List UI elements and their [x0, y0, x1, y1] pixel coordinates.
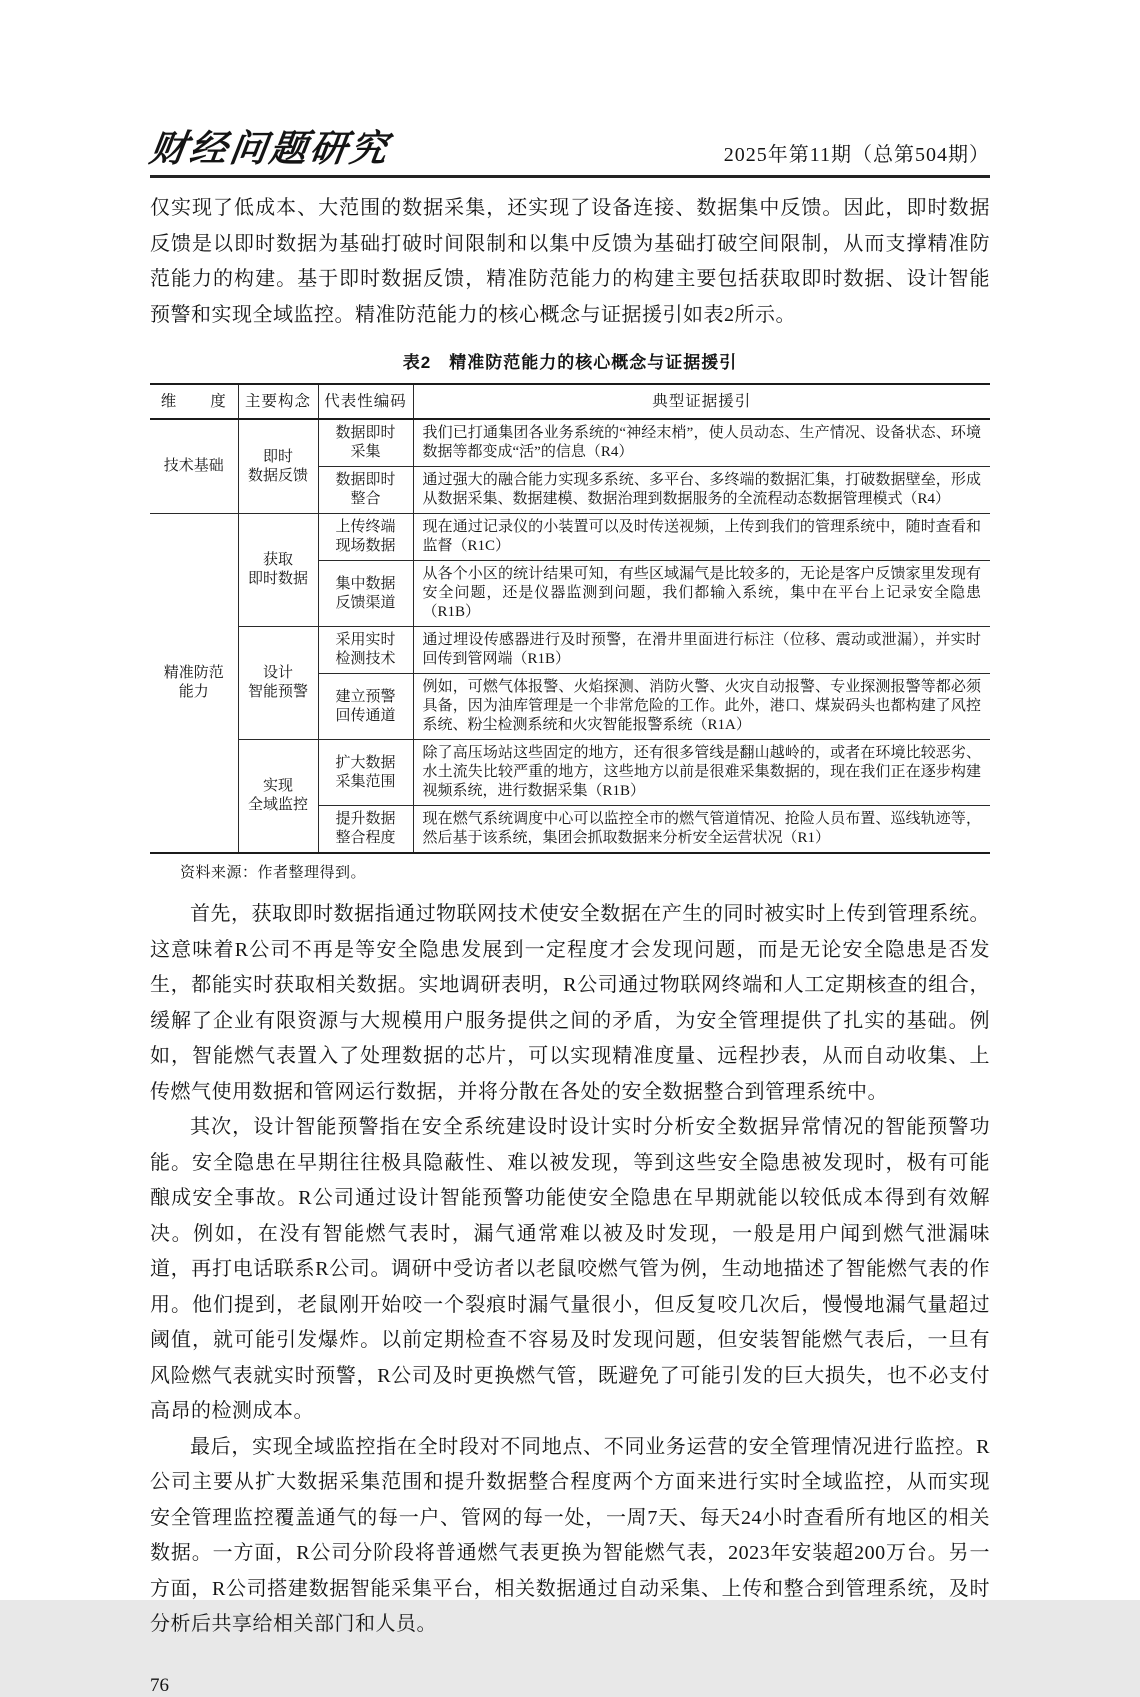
body-paragraph-1: 仅实现了低成本、大范围的数据采集，还实现了设备连接、数据集中反馈。因此，即时数据… — [150, 191, 990, 333]
cell-evidence: 例如，可燃气体报警、火焰探测、消防火警、火灾自动报警、专业探测报警等都必须具备，… — [413, 674, 990, 740]
cell-evidence: 除了高压场站这些固定的地方，还有很多管线是翻山越岭的，或者在环境比较恶劣、水土流… — [413, 740, 990, 806]
cell-evidence: 从各个小区的统计结果可知，有些区域漏气是比较多的，无论是客户反馈家里发现有安全问… — [413, 561, 990, 627]
journal-page: 财经问题研究 2025年第11期（总第504期） 仅实现了低成本、大范围的数据采… — [0, 0, 1140, 1600]
cell-dimension: 技术基础 — [150, 419, 238, 514]
cell-construct: 获取 即时数据 — [238, 514, 318, 627]
body-paragraph-3: 其次，设计智能预警指在安全系统建设时设计实时分析安全数据异常情况的智能预警功能。… — [150, 1110, 990, 1430]
table-row: 技术基础 即时 数据反馈 数据即时 采集 我们已打通集团各业务系统的“神经末梢”… — [150, 419, 990, 467]
col-header-construct: 主要构念 — [238, 384, 318, 419]
cell-construct: 实现 全域监控 — [238, 740, 318, 854]
cell-code: 扩大数据 采集范围 — [318, 740, 413, 806]
cell-evidence: 现在燃气系统调度中心可以监控全市的燃气管道情况、抢险人员布置、巡线轨迹等，然后基… — [413, 806, 990, 854]
body-paragraph-4: 最后，实现全域监控指在全时段对不同地点、不同业务运营的安全管理情况进行监控。R公… — [150, 1430, 990, 1643]
cell-evidence: 通过埋设传感器进行及时预警，在滑井里面进行标注（位移、震动或泄漏），并实时回传到… — [413, 627, 990, 674]
cell-code: 数据即时 整合 — [318, 467, 413, 514]
issue-info: 2025年第11期（总第504期） — [724, 142, 990, 168]
table-2-block: 表2 精准防范能力的核心概念与证据援引 维 度 主要构念 代表性编码 典型证据援… — [150, 348, 990, 883]
cell-code: 数据即时 采集 — [318, 419, 413, 467]
body-paragraph-2: 首先，获取即时数据指通过物联网技术使安全数据在产生的同时被实时上传到管理系统。这… — [150, 897, 990, 1110]
table-row: 设计 智能预警 采用实时 检测技术 通过埋设传感器进行及时预警，在滑井里面进行标… — [150, 627, 990, 674]
cell-code: 上传终端 现场数据 — [318, 514, 413, 561]
cell-construct: 即时 数据反馈 — [238, 419, 318, 514]
table-source-note: 资料来源：作者整理得到。 — [150, 863, 990, 883]
table-caption: 表2 精准防范能力的核心概念与证据援引 — [150, 348, 990, 373]
table-row: 实现 全域监控 扩大数据 采集范围 除了高压场站这些固定的地方，还有很多管线是翻… — [150, 740, 990, 806]
cell-evidence: 我们已打通集团各业务系统的“神经末梢”，使人员动态、生产情况、设备状态、环境数据… — [413, 419, 990, 467]
col-header-dimension: 维 度 — [150, 384, 238, 419]
cell-code: 建立预警 回传通道 — [318, 674, 413, 740]
cell-code: 集中数据 反馈渠道 — [318, 561, 413, 627]
cell-code: 提升数据 整合程度 — [318, 806, 413, 854]
table-header-row: 维 度 主要构念 代表性编码 典型证据援引 — [150, 384, 990, 419]
cell-code: 采用实时 检测技术 — [318, 627, 413, 674]
cell-evidence: 现在通过记录仪的小装置可以及时传送视频，上传到我们的管理系统中，随时查看和监督（… — [413, 514, 990, 561]
page-number: 76 — [150, 1675, 990, 1697]
cell-construct: 设计 智能预警 — [238, 627, 318, 740]
table-row: 精准防范 能力 获取 即时数据 上传终端 现场数据 现在通过记录仪的小装置可以及… — [150, 514, 990, 561]
journal-logo: 财经问题研究 — [147, 128, 393, 168]
cell-evidence: 通过强大的融合能力实现多系统、多平台、多终端的数据汇集，打破数据壁垒，形成从数据… — [413, 467, 990, 514]
col-header-code: 代表性编码 — [318, 384, 413, 419]
evidence-table: 维 度 主要构念 代表性编码 典型证据援引 技术基础 即时 数据反馈 数据即时 … — [150, 383, 990, 854]
page-header: 财经问题研究 2025年第11期（总第504期） — [150, 128, 990, 178]
cell-dimension: 精准防范 能力 — [150, 514, 238, 854]
col-header-evidence: 典型证据援引 — [413, 384, 990, 419]
